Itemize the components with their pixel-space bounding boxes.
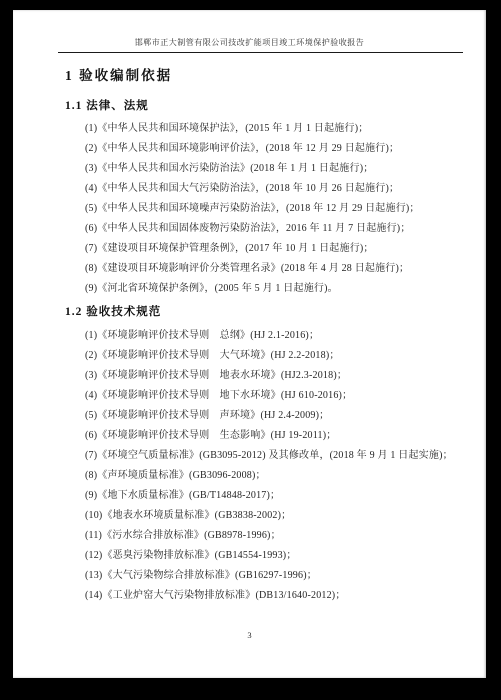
list-item: (6)《中华人民共和国固体废物污染防治法》，2016 年 11 月 7 日起施行…: [65, 219, 463, 239]
list-item: (11)《污水综合排放标准》(GB8978-1996)；: [65, 526, 463, 546]
list-item: (2)《环境影响评价技术导则 大气环境》(HJ 2.2-2018)；: [65, 346, 463, 366]
technical-specs-list: (1)《环境影响评价技术导则 总纲》(HJ 2.1-2016)；(2)《环境影响…: [65, 326, 463, 606]
list-item: (12)《恶臭污染物排放标准》(GB14554-1993)；: [65, 546, 463, 566]
list-item: (13)《大气污染物综合排放标准》(GB16297-1996)；: [65, 566, 463, 586]
list-item: (1)《中华人民共和国环境保护法》，(2015 年 1 月 1 日起施行)；: [65, 119, 463, 139]
list-item: (6)《环境影响评价技术导则 生态影响》(HJ 19-2011)；: [65, 426, 463, 446]
list-item: (9)《河北省环境保护条例》，(2005 年 5 月 1 日起施行)。: [65, 279, 463, 299]
list-item: (2)《中华人民共和国环境影响评价法》，(2018 年 12 月 29 日起施行…: [65, 139, 463, 159]
laws-regulations-list: (1)《中华人民共和国环境保护法》，(2015 年 1 月 1 日起施行)；(2…: [65, 119, 463, 299]
list-item: (3)《中华人民共和国水污染防治法》(2018 年 1 月 1 日起施行)；: [65, 159, 463, 179]
section-heading-specs: 1.2 验收技术规范: [65, 305, 463, 319]
page-number: 3: [13, 630, 486, 640]
list-item: (7)《环境空气质量标准》(GB3095-2012) 及其修改单，(2018 年…: [65, 446, 463, 466]
list-item: (8)《声环境质量标准》(GB3096-2008)；: [65, 466, 463, 486]
chapter-heading: 1 验收编制依据: [65, 67, 463, 84]
header-divider: [58, 52, 463, 53]
section-heading-laws: 1.1 法律、法规: [65, 99, 463, 113]
list-item: (9)《地下水质量标准》(GB/T14848-2017)；: [65, 486, 463, 506]
list-item: (3)《环境影响评价技术导则 地表水环境》(HJ2.3-2018)；: [65, 366, 463, 386]
list-item: (1)《环境影响评价技术导则 总纲》(HJ 2.1-2016)；: [65, 326, 463, 346]
list-item: (7)《建设项目环境保护管理条例》，(2017 年 10 月 1 日起施行)；: [65, 239, 463, 259]
document-page: 邯郸市正大制管有限公司技改扩能项目竣工环境保护验收报告 1 验收编制依据 1.1…: [13, 10, 486, 678]
scan-background: 邯郸市正大制管有限公司技改扩能项目竣工环境保护验收报告 1 验收编制依据 1.1…: [0, 0, 501, 700]
list-item: (5)《环境影响评价技术导则 声环境》(HJ 2.4-2009)；: [65, 406, 463, 426]
list-item: (14)《工业炉窑大气污染物排放标准》(DB13/1640-2012)；: [65, 586, 463, 606]
page-header-title: 邯郸市正大制管有限公司技改扩能项目竣工环境保护验收报告: [13, 10, 486, 47]
list-item: (4)《中华人民共和国大气污染防治法》，(2018 年 10 月 26 日起施行…: [65, 179, 463, 199]
list-item: (10)《地表水环境质量标准》(GB3838-2002)；: [65, 506, 463, 526]
document-content: 1 验收编制依据 1.1 法律、法规 (1)《中华人民共和国环境保护法》，(20…: [65, 67, 463, 606]
list-item: (4)《环境影响评价技术导则 地下水环境》(HJ 610-2016)；: [65, 386, 463, 406]
list-item: (5)《中华人民共和国环境噪声污染防治法》，(2018 年 12 月 29 日起…: [65, 199, 463, 219]
list-item: (8)《建设项目环境影响评价分类管理名录》(2018 年 4 月 28 日起施行…: [65, 259, 463, 279]
